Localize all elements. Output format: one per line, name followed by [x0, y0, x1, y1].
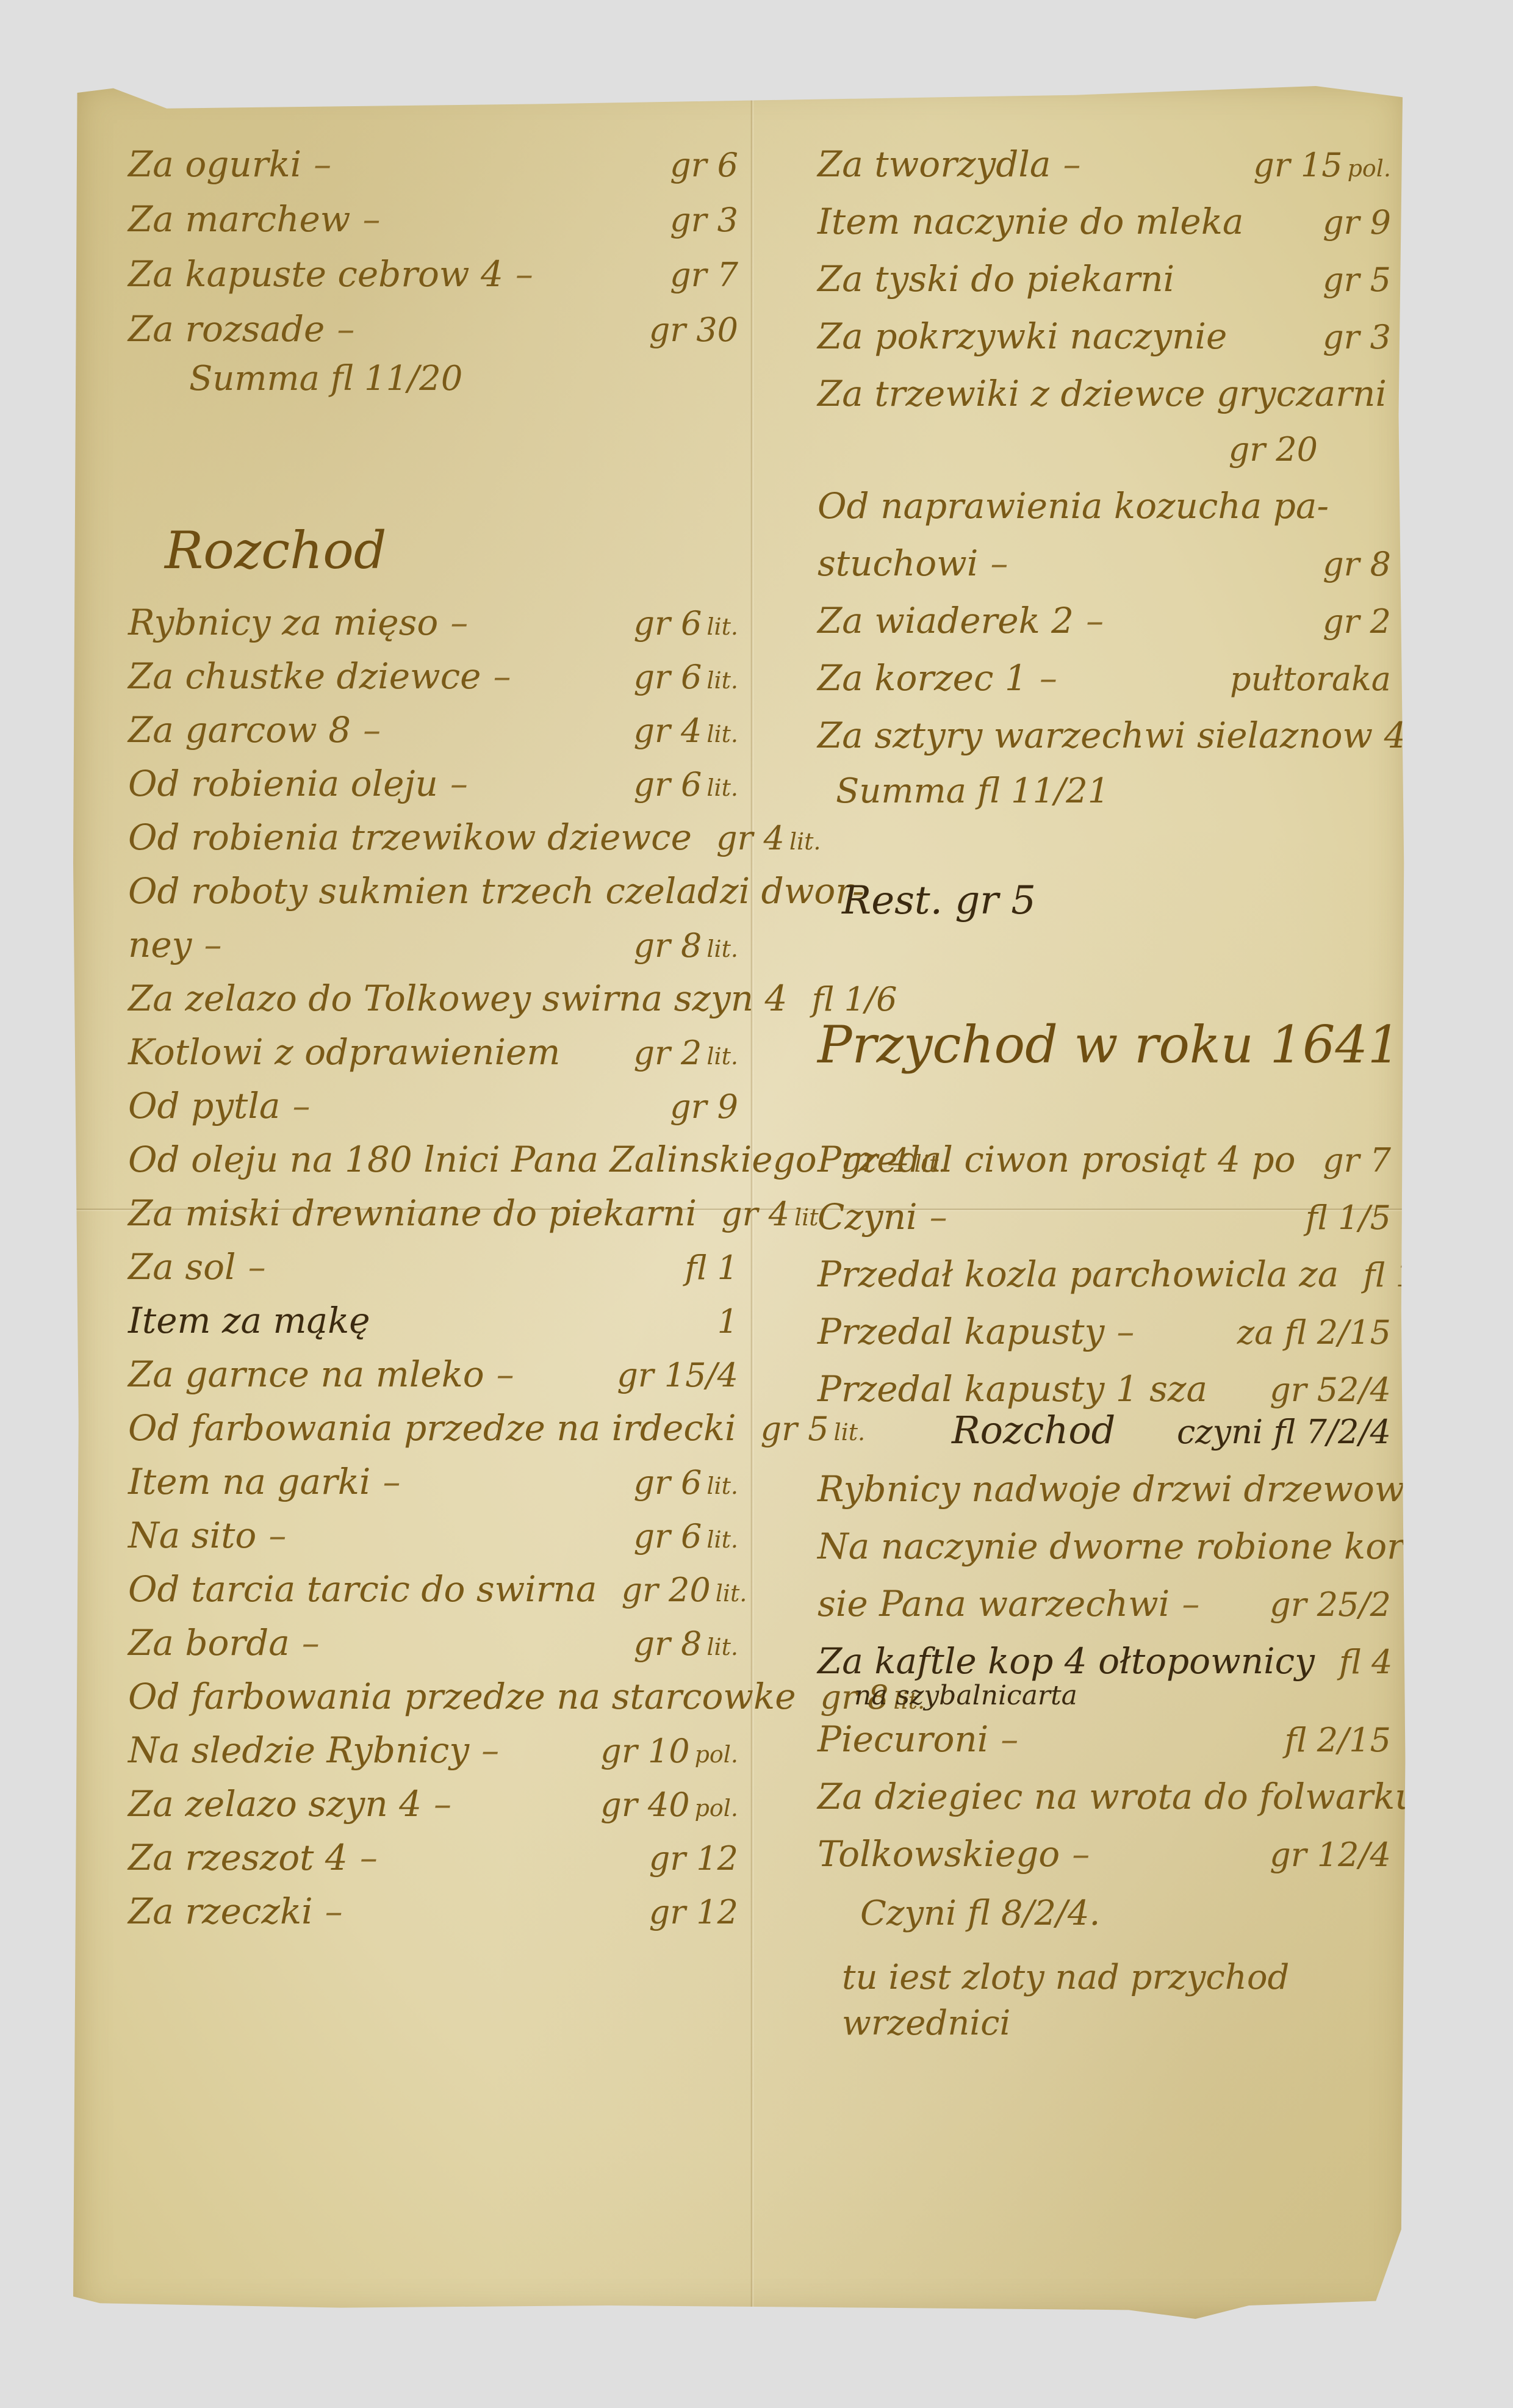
ledger-entry: Item naczynie do mleka gr 9	[818, 204, 1391, 239]
ledger-entry: Za miski drewniane do piekarni gr 4lit.	[128, 1195, 738, 1231]
ledger-entry: ney–gr 8lit.	[128, 927, 738, 962]
ledger-entry: Od tarcia tarcic do swirna gr 20lit.	[128, 1571, 738, 1607]
ledger-entry: Od robienia trzewikow dziewce gr 4lit.	[128, 820, 738, 855]
ledger-entry: Od naprawienia kozucha pa-	[818, 488, 1391, 524]
ledger-entry: Czyni–fl 1/5	[818, 1199, 1391, 1235]
ledger-entry: Za chustke dziewce–gr 6lit.	[128, 658, 738, 694]
ledger-entry: Przedal kapusty–za fl 2/15	[818, 1314, 1391, 1349]
manuscript-page: Za ogurki–gr 6 Za marchew–gr 3 Za kapust…	[73, 79, 1409, 2319]
section-sum: Summa fl 11/21	[818, 771, 1391, 811]
ledger-entry: Przedal kapusty 1 sza gr 52/4	[818, 1371, 1391, 1407]
ledger-entry: Za trzewiki z dziewce gryczarni	[818, 376, 1391, 411]
ledger-entry: Za pokrzywki naczynie gr 3	[818, 319, 1391, 354]
ledger-entry: Od robienia oleju–gr 6lit.	[128, 766, 738, 801]
ledger-entry: Od oleju na 180 lnici Pana Zalinskiego g…	[128, 1142, 738, 1177]
ledger-entry: Za zelazo szyn 4–gr 40pol.	[128, 1786, 738, 1822]
right-column: Za tworzydla–gr 15pol. Item naczynie do …	[818, 146, 1391, 2043]
section-heading-rozchod-2: Rozchod	[952, 1411, 1115, 1449]
ledger-entry: gr 20	[818, 433, 1391, 466]
section-heading-rozchod: Rozchod	[128, 521, 738, 580]
ledger-entry: sie Pana warzechwi–gr 25/2	[818, 1586, 1391, 1621]
left-column: Za ogurki–gr 6 Za marchew–gr 3 Za kapust…	[128, 146, 738, 1947]
rest-balance: Rest. gr 5	[818, 878, 1391, 923]
ledger-entry: Za rzeczki–gr 12	[128, 1894, 738, 1929]
closing-note: tu iest zloty nad przychod	[818, 1958, 1391, 1997]
ledger-entry: Za tyski do piekarni gr 5	[818, 261, 1391, 297]
ledger-entry: Za rzeszot 4–gr 12	[128, 1840, 738, 1875]
ledger-entry: Przedal ciwon prosiąt 4 po gr 7	[818, 1142, 1391, 1177]
ledger-entry: Za dziegiec na wrota do folwarku	[818, 1779, 1391, 1814]
ledger-entry: Kotlowi z odprawieniem gr 2lit.	[128, 1034, 738, 1070]
ledger-entry: Na sledzie Rybnicy–gr 10pol.	[128, 1732, 738, 1768]
ledger-entry: Od farbowania przedze na irdecki gr 5lit…	[128, 1410, 738, 1446]
ledger-entry: Za korzec 1–pułtoraka	[818, 660, 1391, 696]
ledger-entry: Za rozsade–gr 30	[128, 311, 738, 347]
ledger-entry: Za zelazo do Tolkowey swirna szyn 4 fl 1…	[128, 981, 738, 1016]
ledger-entry: Przedał kozla parchowicla za fl 1/20	[818, 1256, 1391, 1292]
ledger-entry: Rybnicy za mięso–gr 6lit.	[128, 605, 738, 640]
closing-note-2: wrzednici	[818, 2003, 1391, 2043]
ledger-entry: stuchowi–gr 8	[818, 546, 1391, 581]
ledger-entry: Tolkowskiego–gr 12/4	[818, 1836, 1391, 1872]
expense-list-2: Rybnicy nadwoje drzwi drzewowiec gr 10 N…	[818, 1471, 1391, 1872]
ledger-entry: Item na garki–gr 6lit.	[128, 1464, 738, 1499]
ledger-entry-annotation: na szybalnicarta	[818, 1682, 1391, 1709]
ledger-entry: Od farbowania przedze na starcowke gr 8l…	[128, 1679, 738, 1714]
ledger-entry: Na sito–gr 6lit.	[128, 1518, 738, 1553]
ledger-entry: Rybnicy nadwoje drzwi drzewowiec gr 10	[818, 1471, 1391, 1507]
expense-list: Rybnicy za mięso–gr 6lit. Za chustke dzi…	[128, 605, 738, 1929]
ledger-entry: Za ogurki–gr 6	[128, 146, 738, 182]
ledger-entry: Item za mąkę 1	[128, 1303, 738, 1338]
ledger-entry: Za sztyry warzechwi sielaznow 4	[818, 718, 1391, 753]
ledger-entry: Za sol–fl 1	[128, 1249, 738, 1285]
section-sum: czyni fl 7/2/4	[1177, 1416, 1391, 1449]
ledger-entry: Za marchew–gr 3	[128, 201, 738, 237]
section-sum: Summa fl 11/20	[128, 359, 738, 398]
ledger-entry: Za garcow 8–gr 4lit.	[128, 712, 738, 748]
ledger-entry: Za wiaderek 2–gr 2	[818, 603, 1391, 638]
expense-heading-row: Rozchod czyni fl 7/2/4	[818, 1411, 1391, 1449]
ledger-entry: Od roboty sukmien trzech czeladzi dwor-	[128, 873, 738, 909]
ledger-entry: Piecuroni–fl 2/15	[818, 1721, 1391, 1757]
ledger-entry: Za tworzydla–gr 15pol.	[818, 146, 1391, 182]
ledger-entry: Za garnce na mleko–gr 15/4	[128, 1357, 738, 1392]
ledger-entry: Na naczynie dworne robione korcec kow-	[818, 1529, 1391, 1564]
income-list: Przedal ciwon prosiąt 4 po gr 7 Czyni–fl…	[818, 1142, 1391, 1407]
ledger-entry: Za kaftle kop 4 ołtopownicy fl 4	[818, 1643, 1391, 1679]
final-sum: Czyni fl 8/2/4.	[818, 1894, 1391, 1933]
ledger-entry: Za borda–gr 8lit.	[128, 1625, 738, 1660]
ledger-entry: Za kapuste cebrow 4–gr 7	[128, 256, 738, 292]
ledger-entry: Od pytla–gr 9	[128, 1088, 738, 1123]
section-heading-przychod: Przychod w roku 1641	[818, 1015, 1391, 1075]
